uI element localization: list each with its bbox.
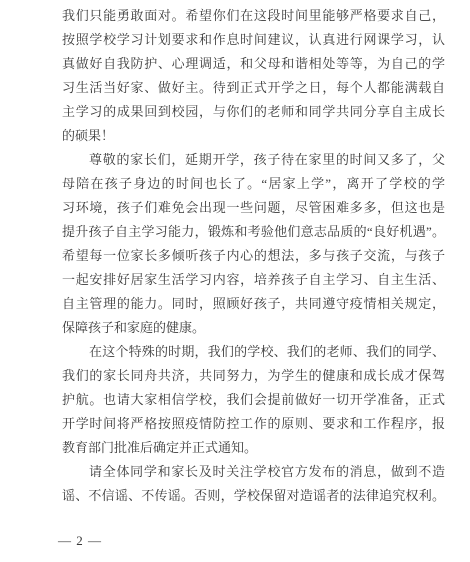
paragraph: 在这个特殊的时期，我们的学校、我们的老师、我们的同学、我们的家长同舟共济，共同努…	[62, 340, 445, 460]
text-line: 按照学校学习计划要求和作息时间建议，认真进行网课学习，认	[62, 28, 445, 52]
text-line: 护航。也请大家相信学校，我们会提前做好一切开学准备，正式	[62, 388, 445, 412]
text-line: 保障孩子和家庭的健康。	[62, 316, 445, 340]
paragraph: 我们只能勇敢面对。希望你们在这段时间里能够严格要求自己，按照学校学习计划要求和作…	[62, 4, 445, 148]
text-line: 我们的家长同舟共济，共同努力，为学生的健康和成长成才保驾	[62, 364, 445, 388]
text-line: 教育部门批准后确定并正式通知。	[62, 436, 445, 460]
text-line: 习环境，孩子们难免会出现一些问题，尽管困难多多，但这也是	[62, 196, 445, 220]
text-line: 母陪在孩子身边的时间也长了。“居家上学”，离开了学校的学	[62, 172, 445, 196]
text-line: 习生活当好家、做好主。待到正式开学之日，每个人都能满载自	[62, 76, 445, 100]
text-line: 请全体同学和家长及时关注学校官方发布的消息，做到不造	[62, 460, 445, 484]
text-line: 提升孩子自主学习能力，锻炼和考验他们意志品质的“良好机遇”。	[62, 220, 445, 244]
text-line: 开学时间将严格按照疫情防控工作的原则、要求和工作程序，报	[62, 412, 445, 436]
text-line: 一起安排好居家生活学习内容，培养孩子自主学习、自主生活、	[62, 268, 445, 292]
page-number: — 2 —	[58, 533, 102, 549]
text-line: 尊敬的家长们，延期开学，孩子待在家里的时间又多了，父	[62, 148, 445, 172]
text-line: 主学习的成果回到校园，与你们的老师和同学共同分享自主成长	[62, 100, 445, 124]
text-line: 希望每一位家长多倾听孩子内心的想法，多与孩子交流，与孩子	[62, 244, 445, 268]
text-line: 的硕果！	[62, 124, 445, 148]
text-line: 我们只能勇敢面对。希望你们在这段时间里能够严格要求自己，	[62, 4, 445, 28]
text-line: 真做好自我防护、心理调适，和父母和谐相处等等，为自己的学	[62, 52, 445, 76]
paragraph: 尊敬的家长们，延期开学，孩子待在家里的时间又多了，父母陪在孩子身边的时间也长了。…	[62, 148, 445, 340]
text-line: 在这个特殊的时期，我们的学校、我们的老师、我们的同学、	[62, 340, 445, 364]
document-body: 我们只能勇敢面对。希望你们在这段时间里能够严格要求自己，按照学校学习计划要求和作…	[62, 4, 445, 508]
document-page: 我们只能勇敢面对。希望你们在这段时间里能够严格要求自己，按照学校学习计划要求和作…	[0, 0, 470, 562]
text-line: 谣、不信谣、不传谣。否则，学校保留对造谣者的法律追究权利。	[62, 484, 445, 508]
text-line: 自主管理的能力。同时，照顾好孩子，共同遵守疫情相关规定，	[62, 292, 445, 316]
paragraph: 请全体同学和家长及时关注学校官方发布的消息，做到不造谣、不信谣、不传谣。否则，学…	[62, 460, 445, 508]
